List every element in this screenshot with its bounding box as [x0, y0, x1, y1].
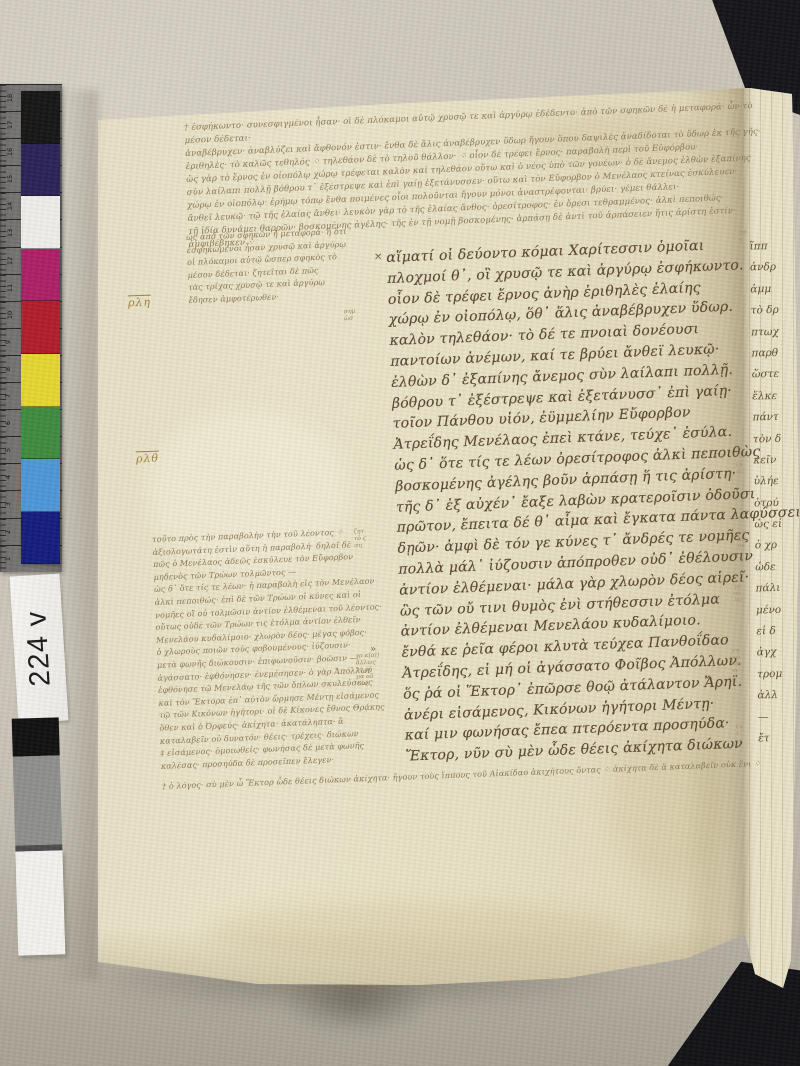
gutter-note: ὡραῖον — [738, 530, 746, 550]
facing-page-line-fragment: ἀμμ — [750, 282, 796, 304]
ruler-number: 5 — [4, 448, 12, 452]
color-patch — [21, 91, 60, 144]
facing-page-line-fragment: παρθ — [751, 347, 797, 369]
facing-page-line-fragment: εἰ δ — [756, 625, 800, 647]
color-patch — [21, 354, 60, 407]
ruler-mm-ticks — [0, 275, 6, 301]
ruler-mm-ticks — [0, 112, 6, 138]
manuscript-page: † ἐσφήκωντο· συνεσφιγμένοι ἦσαν· οἱ δὲ π… — [88, 82, 800, 1000]
facing-page-line-fragment: κεῖν — [753, 454, 799, 476]
gutter-note: γρἄλλω — [734, 584, 742, 604]
ruler-number: 1 — [4, 557, 12, 561]
ruler-number: 8 — [4, 367, 12, 371]
grayscale-card — [12, 717, 66, 955]
facing-page-line-fragment: ἀλλ — [757, 689, 800, 711]
ruler-number: 14 — [6, 202, 14, 210]
color-patch — [21, 144, 60, 197]
ruler-number: 4 — [4, 475, 12, 479]
facing-page-line-fragment: πτωχ — [751, 325, 797, 347]
facing-page-line-fragment: ἵππ — [750, 240, 796, 262]
critical-mark: ✕ — [374, 252, 382, 263]
ruler-number: 6 — [4, 421, 12, 425]
facing-page-line-fragment: ἔτ — [758, 732, 800, 754]
ruler-mm-ticks — [0, 85, 6, 111]
left-edge-shadow — [58, 90, 98, 980]
ruler-number: 11 — [6, 284, 14, 292]
quire-mark-lower: ρλθ — [136, 452, 160, 466]
ruler-mm-ticks — [0, 302, 6, 328]
scholia-left-lower-block: τοῦτο πρὸς τὴν παραβολὴν τὴν τοῦ λέοντος… — [152, 524, 409, 773]
facing-page-line-fragment: μένο — [756, 603, 800, 625]
facing-page-line-fragment: ἕλκε — [752, 389, 798, 411]
ruler-mm-ticks — [0, 193, 6, 219]
gutter-note: ζητει — [736, 462, 744, 475]
facing-page-line-fragment: τὸν δ — [753, 432, 799, 454]
ruler-mm-ticks — [0, 166, 6, 192]
grayscale-white-patch — [15, 850, 65, 955]
parchment-stain — [208, 902, 628, 962]
main-verse-block: αἵματί οἱ δεύοντο κόμαι Χαρίτεσσιν ὁμοῖα… — [386, 234, 778, 768]
ruler-number: 3 — [4, 502, 12, 506]
gloss-cluster: ζηττὸ ϛση — [354, 528, 367, 549]
color-patch — [21, 407, 60, 460]
ruler-number: 2 — [4, 529, 12, 533]
ruler-number: 7 — [4, 394, 12, 398]
facing-page-text-fragments: ἵππἀνδρἀμμτὸ δρπτωχπαρθὥστεἕλκεπάνττὸν δ… — [750, 240, 800, 754]
ruler-number: 16 — [6, 148, 14, 156]
color-patch — [21, 301, 60, 354]
ruler-number: 10 — [6, 311, 14, 319]
color-patch — [21, 249, 60, 302]
scholia-left-upper-block: ὡς ἀπὸ τῶν σφηκῶν ἡ μεταφορά· ἢ ὅτιἐσφηκ… — [186, 225, 384, 307]
color-patch — [21, 196, 60, 249]
gloss-cluster: γρ κ(αὶ)ἄλλωςτὸ ῥῆμα οὕτως — [355, 652, 380, 688]
grayscale-mid-patch — [13, 755, 62, 845]
folio-label: 224 v — [10, 574, 69, 724]
quire-mark-upper: ρλη — [128, 296, 151, 310]
ruler-number: 15 — [6, 175, 14, 183]
facing-page-line-fragment: ἀγχ — [757, 646, 800, 668]
facing-page-line-fragment: ἀνδρ — [750, 261, 796, 283]
gutter-note: ζητ — [736, 724, 742, 737]
ruler-number: 12 — [6, 256, 14, 264]
color-patch — [21, 459, 60, 512]
facing-page-line-fragment: ὁ χρ — [755, 539, 800, 561]
ruler-number: 9 — [4, 340, 12, 344]
color-calibration-bar — [21, 91, 60, 564]
facing-page-line-fragment: ὥστε — [752, 368, 798, 390]
grayscale-black-patch — [12, 717, 60, 756]
facing-page-line-fragment: ὧδε — [755, 560, 800, 582]
color-patch — [21, 512, 60, 565]
facing-page-line-fragment: ὡς εἰ — [754, 518, 800, 540]
ruler-mm-ticks — [0, 220, 6, 246]
facing-page-line-fragment: τὸ δρ — [751, 304, 797, 326]
ruler-mm-ticks — [0, 139, 6, 165]
ruler-number: 17 — [6, 121, 14, 129]
facing-page-line-fragment: πάλι — [755, 582, 800, 604]
ruler-mm-ticks — [0, 248, 6, 274]
facing-page-line-fragment: ὀτρύ — [754, 496, 800, 518]
facing-page-line-fragment: — — [758, 710, 800, 732]
manuscript-photo: 18 17 16 15 14 13 12 11 10 9 — [0, 0, 800, 1066]
gutter-note: πδϛ — [740, 230, 747, 243]
ruler-number: 13 — [6, 229, 14, 237]
facing-page-line-fragment: πάντ — [753, 411, 799, 433]
gloss-cluster: σημὡσ — [344, 308, 356, 322]
facing-page-line-fragment: τρομ — [757, 667, 800, 689]
ruler-number: 18 — [6, 94, 14, 102]
folio-number: 224 v — [20, 610, 58, 688]
gutter-note: σημειωσαι — [732, 648, 741, 674]
facing-page-line-fragment: ὑλήε — [754, 475, 800, 497]
